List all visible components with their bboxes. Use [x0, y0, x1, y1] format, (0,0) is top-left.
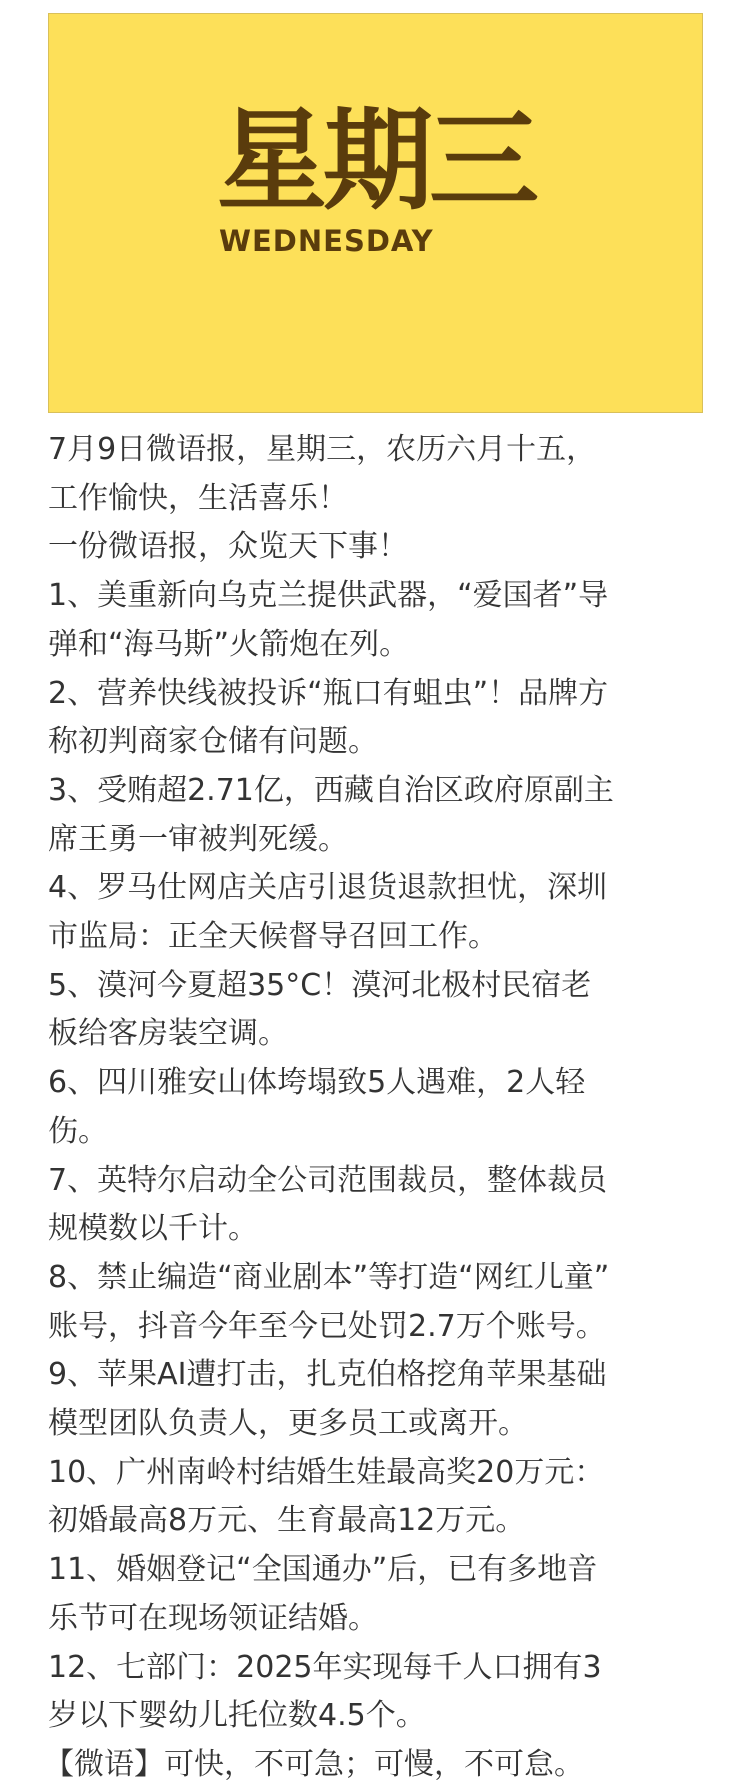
banner-title: 星期三	[217, 96, 557, 226]
weekday-banner: 星期三 WEDNESDAY	[48, 13, 703, 413]
news-item-line: 岁以下婴幼儿托位数4.5个。	[48, 1692, 738, 1741]
banner-subtitle: WEDNESDAY	[219, 224, 434, 258]
news-item-line: 11、婚姻登记“全国通办”后，已有多地音	[48, 1546, 738, 1595]
news-item-line: 账号，抖音今年至今已处罚2.7万个账号。	[48, 1303, 738, 1352]
news-item-line: 5、漠河今夏超35°C！漠河北极村民宿老	[48, 962, 738, 1011]
news-item-line: 8、禁止编造“商业剧本”等打造“网红儿童”	[48, 1254, 738, 1303]
news-item-line: 规模数以千计。	[48, 1205, 738, 1254]
daily-motto: 【微语】可快，不可急；可慢，不可怠。	[44, 1741, 738, 1788]
news-item-line: 9、苹果AI遭打击，扎克伯格挖角苹果基础	[48, 1351, 738, 1400]
news-item-line: 乐节可在现场领证结婚。	[48, 1595, 738, 1644]
news-item-line: 伤。	[48, 1108, 738, 1157]
news-item-line: 2、营养快线被投诉“瓶口有蛆虫”！品牌方	[48, 670, 738, 719]
news-item-line: 10、广州南岭村结婚生娃最高奖20万元：	[48, 1449, 738, 1498]
news-item-line: 1、美重新向乌克兰提供武器，“爱国者”导	[48, 572, 738, 621]
news-item-line: 初婚最高8万元、生育最高12万元。	[48, 1497, 738, 1546]
intro-line: 7月9日微语报，星期三，农历六月十五，	[48, 426, 738, 475]
news-item-line: 称初判商家仓储有问题。	[48, 718, 738, 767]
news-item-line: 板给客房装空调。	[48, 1010, 738, 1059]
intro-line: 工作愉快，生活喜乐！	[48, 475, 738, 524]
news-item-line: 弹和“海马斯”火箭炮在列。	[48, 621, 738, 670]
news-item-line: 7、英特尔启动全公司范围裁员，整体裁员	[48, 1157, 738, 1206]
intro-line: 一份微语报，众览天下事！	[48, 523, 738, 572]
news-item-line: 3、受贿超2.71亿，西藏自治区政府原副主	[48, 767, 738, 816]
news-item-line: 12、七部门：2025年实现每千人口拥有3	[48, 1644, 738, 1693]
news-item-line: 市监局：正全天候督导召回工作。	[48, 913, 738, 962]
news-item-line: 6、四川雅安山体垮塌致5人遇难，2人轻	[48, 1059, 738, 1108]
news-item-line: 席王勇一审被判死缓。	[48, 816, 738, 865]
news-item-line: 4、罗马仕网店关店引退货退款担忧，深圳	[48, 864, 738, 913]
news-article: 7月9日微语报，星期三，农历六月十五， 工作愉快，生活喜乐！ 一份微语报，众览天…	[48, 426, 738, 1788]
news-item-line: 模型团队负责人，更多员工或离开。	[48, 1400, 738, 1449]
